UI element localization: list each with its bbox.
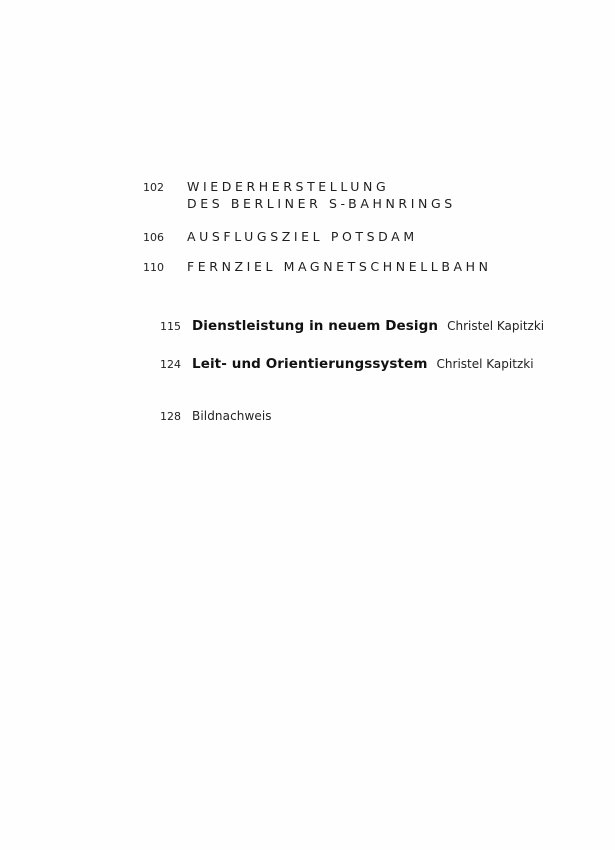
page-number: 102 [143, 181, 187, 194]
chapter-title-line: DES BERLINER S-BAHNRINGS [187, 195, 456, 212]
appendix-title: Bildnachweis [192, 409, 272, 423]
chapter-title-line: WIEDERHERSTELLUNG [187, 178, 456, 195]
section-author: Christel Kapitzki [447, 319, 544, 333]
toc-entry: 115 Dienstleistung in neuem Design Chris… [160, 318, 544, 334]
section-title: Leit- und Orientierungssystem [192, 356, 428, 372]
toc-entry: 102 WIEDERHERSTELLUNG DES BERLINER S-BAH… [143, 178, 456, 212]
section-title: Dienstleistung in neuem Design [192, 318, 438, 334]
page-number: 128 [160, 410, 192, 423]
page-number: 110 [143, 261, 187, 274]
chapter-title: WIEDERHERSTELLUNG DES BERLINER S-BAHNRIN… [187, 178, 456, 212]
toc-page: 102 WIEDERHERSTELLUNG DES BERLINER S-BAH… [0, 0, 615, 850]
toc-entry: 106 AUSFLUGSZIEL POTSDAM [143, 228, 418, 245]
chapter-title-line: AUSFLUGSZIEL POTSDAM [187, 228, 418, 245]
page-number: 124 [160, 358, 192, 371]
section-author: Christel Kapitzki [437, 357, 534, 371]
toc-entry: 110 FERNZIEL MAGNETSCHNELLBAHN [143, 258, 492, 275]
chapter-title: AUSFLUGSZIEL POTSDAM [187, 228, 418, 245]
chapter-title-line: FERNZIEL MAGNETSCHNELLBAHN [187, 258, 492, 275]
chapter-title: FERNZIEL MAGNETSCHNELLBAHN [187, 258, 492, 275]
toc-entry: 124 Leit- und Orientierungssystem Christ… [160, 356, 534, 372]
toc-entry: 128 Bildnachweis [160, 409, 272, 423]
page-number: 106 [143, 231, 187, 244]
page-number: 115 [160, 320, 192, 333]
